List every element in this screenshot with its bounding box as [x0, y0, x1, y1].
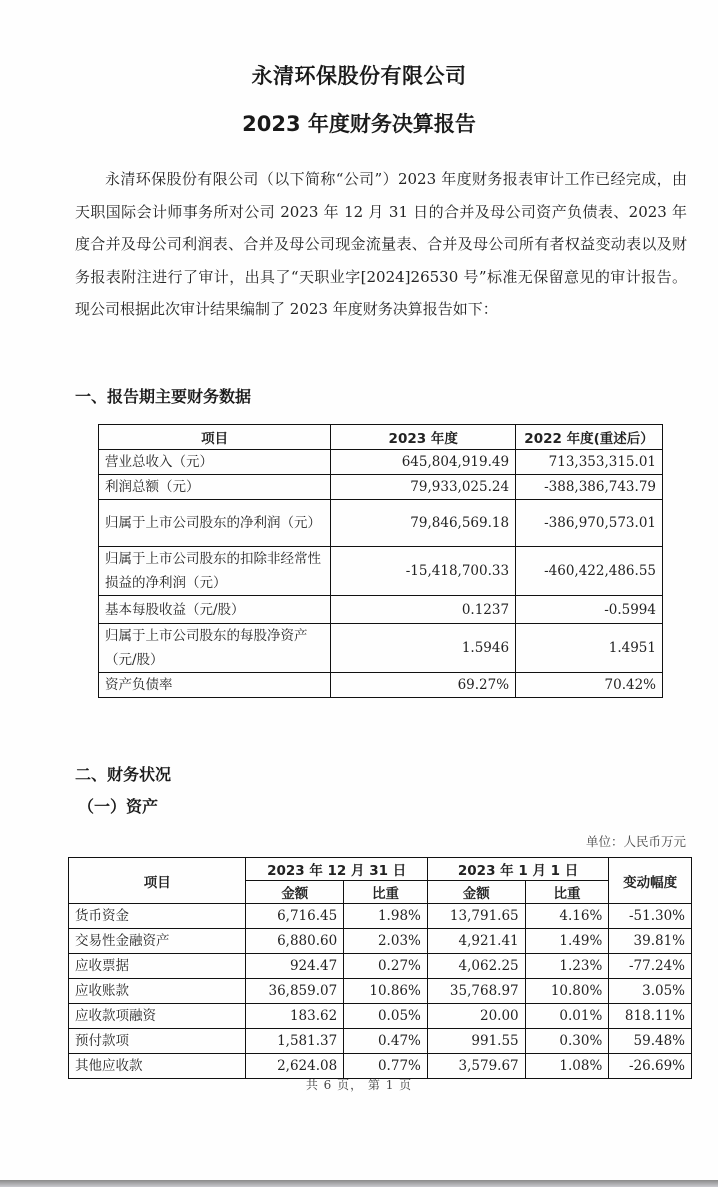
page-bottom-edge [0, 1180, 718, 1187]
value-2023: 645,804,919.49 [331, 450, 516, 475]
page-footer: 共 6 页， 第 1 页 [0, 1076, 718, 1093]
amount-2023-01-01: 4,062.25 [427, 954, 525, 979]
ratio-2023-12-31: 0.05% [344, 1004, 428, 1029]
header-period-2023-12-31: 2023 年 12 月 31 日 [246, 858, 427, 881]
ratio-2023-01-01: 1.23% [525, 954, 609, 979]
table-row: 归属于上市公司股东的每股净资产（元/股） 1.5946 1.4951 [99, 624, 663, 673]
ratio-2023-01-01: 10.80% [525, 979, 609, 1004]
change-value: 39.81% [609, 929, 692, 954]
ratio-2023-01-01: 1.49% [525, 929, 609, 954]
row-label: 归属于上市公司股东的净利润（元） [99, 500, 331, 547]
assets-table: 项目 2023 年 12 月 31 日 2023 年 1 月 1 日 变动幅度 … [68, 857, 692, 1079]
row-label: 归属于上市公司股东的扣除非经常性损益的净利润（元） [99, 547, 331, 596]
header-amount: 金额 [427, 881, 525, 904]
ratio-2023-12-31: 2.03% [344, 929, 428, 954]
intro-paragraph: 永清环保股份有限公司（以下简称“公司”）2023 年度财务报表审计工作已经完成，… [75, 163, 687, 326]
row-label: 营业总收入（元） [99, 450, 331, 475]
key-financial-data-table: 项目 2023 年度 2022 年度(重述后） 营业总收入（元） 645,804… [98, 424, 663, 698]
row-label: 其他应收款 [69, 1054, 246, 1079]
section-heading-key-data: 一、报告期主要财务数据 [75, 384, 251, 407]
amount-2023-01-01: 35,768.97 [427, 979, 525, 1004]
amount-2023-12-31: 2,624.08 [246, 1054, 344, 1079]
header-ratio: 比重 [525, 881, 609, 904]
value-2023: -15,418,700.33 [331, 547, 516, 596]
table-row: 归属于上市公司股东的净利润（元） 79,846,569.18 -386,970,… [99, 500, 663, 547]
row-label: 应收款项融资 [69, 1004, 246, 1029]
company-title: 永清环保股份有限公司 [0, 60, 718, 90]
amount-2023-12-31: 6,880.60 [246, 929, 344, 954]
header-2022: 2022 年度(重述后） [516, 425, 663, 450]
table-row: 预付款项 1,581.37 0.47% 991.55 0.30% 59.48% [69, 1029, 692, 1054]
header-item: 项目 [69, 858, 246, 904]
ratio-2023-12-31: 1.98% [344, 904, 428, 929]
value-2022: -386,970,573.01 [516, 500, 663, 547]
table-header-row: 项目 2023 年度 2022 年度(重述后） [99, 425, 663, 450]
document-page: 永清环保股份有限公司 2023 年度财务决算报告 永清环保股份有限公司（以下简称… [0, 0, 718, 1180]
ratio-2023-01-01: 1.08% [525, 1054, 609, 1079]
ratio-2023-01-01: 0.30% [525, 1029, 609, 1054]
amount-2023-12-31: 183.62 [246, 1004, 344, 1029]
section-heading-financial-status: 二、财务状况 [75, 762, 171, 785]
table-row: 货币资金 6,716.45 1.98% 13,791.65 4.16% -51.… [69, 904, 692, 929]
change-value: -77.24% [609, 954, 692, 979]
change-value: -51.30% [609, 904, 692, 929]
row-label: 利润总额（元） [99, 475, 331, 500]
amount-2023-01-01: 13,791.65 [427, 904, 525, 929]
value-2023: 1.5946 [331, 624, 516, 673]
header-item: 项目 [99, 425, 331, 450]
amount-2023-01-01: 20.00 [427, 1004, 525, 1029]
value-2022: -0.5994 [516, 596, 663, 624]
amount-2023-01-01: 4,921.41 [427, 929, 525, 954]
amount-2023-12-31: 36,859.07 [246, 979, 344, 1004]
value-2022: -388,386,743.79 [516, 475, 663, 500]
amount-2023-12-31: 924.47 [246, 954, 344, 979]
unit-note: 单位：人民币万元 [586, 832, 686, 850]
ratio-2023-12-31: 0.77% [344, 1054, 428, 1079]
amount-2023-01-01: 991.55 [427, 1029, 525, 1054]
table-row: 归属于上市公司股东的扣除非经常性损益的净利润（元） -15,418,700.33… [99, 547, 663, 596]
ratio-2023-12-31: 10.86% [344, 979, 428, 1004]
change-value: 59.48% [609, 1029, 692, 1054]
report-title: 2023 年度财务决算报告 [0, 108, 718, 138]
row-label: 归属于上市公司股东的每股净资产（元/股） [99, 624, 331, 673]
change-value: 3.05% [609, 979, 692, 1004]
value-2023: 79,933,025.24 [331, 475, 516, 500]
value-2023: 0.1237 [331, 596, 516, 624]
value-2022: 713,353,315.01 [516, 450, 663, 475]
table-row: 其他应收款 2,624.08 0.77% 3,579.67 1.08% -26.… [69, 1054, 692, 1079]
header-amount: 金额 [246, 881, 344, 904]
header-change: 变动幅度 [609, 858, 692, 904]
row-label: 应收票据 [69, 954, 246, 979]
amount-2023-12-31: 6,716.45 [246, 904, 344, 929]
amount-2023-01-01: 3,579.67 [427, 1054, 525, 1079]
row-label: 应收账款 [69, 979, 246, 1004]
row-label: 交易性金融资产 [69, 929, 246, 954]
subsection-heading-assets: （一）资产 [78, 794, 158, 817]
header-ratio: 比重 [344, 881, 428, 904]
table-row: 营业总收入（元） 645,804,919.49 713,353,315.01 [99, 450, 663, 475]
change-value: 818.11% [609, 1004, 692, 1029]
row-label: 资产负债率 [99, 673, 331, 698]
change-value: -26.69% [609, 1054, 692, 1079]
amount-2023-12-31: 1,581.37 [246, 1029, 344, 1054]
ratio-2023-12-31: 0.27% [344, 954, 428, 979]
value-2023: 69.27% [331, 673, 516, 698]
table-row: 应收账款 36,859.07 10.86% 35,768.97 10.80% 3… [69, 979, 692, 1004]
table-row: 应收票据 924.47 0.27% 4,062.25 1.23% -77.24% [69, 954, 692, 979]
table-row: 交易性金融资产 6,880.60 2.03% 4,921.41 1.49% 39… [69, 929, 692, 954]
ratio-2023-01-01: 4.16% [525, 904, 609, 929]
value-2022: 1.4951 [516, 624, 663, 673]
header-2023: 2023 年度 [331, 425, 516, 450]
ratio-2023-01-01: 0.01% [525, 1004, 609, 1029]
table-row: 应收款项融资 183.62 0.05% 20.00 0.01% 818.11% [69, 1004, 692, 1029]
header-period-2023-01-01: 2023 年 1 月 1 日 [427, 858, 608, 881]
table-row: 基本每股收益（元/股） 0.1237 -0.5994 [99, 596, 663, 624]
value-2022: 70.42% [516, 673, 663, 698]
table-row: 利润总额（元） 79,933,025.24 -388,386,743.79 [99, 475, 663, 500]
value-2022: -460,422,486.55 [516, 547, 663, 596]
row-label: 预付款项 [69, 1029, 246, 1054]
value-2023: 79,846,569.18 [331, 500, 516, 547]
ratio-2023-12-31: 0.47% [344, 1029, 428, 1054]
table-row: 资产负债率 69.27% 70.42% [99, 673, 663, 698]
table-header-row: 项目 2023 年 12 月 31 日 2023 年 1 月 1 日 变动幅度 [69, 858, 692, 881]
row-label: 货币资金 [69, 904, 246, 929]
row-label: 基本每股收益（元/股） [99, 596, 331, 624]
